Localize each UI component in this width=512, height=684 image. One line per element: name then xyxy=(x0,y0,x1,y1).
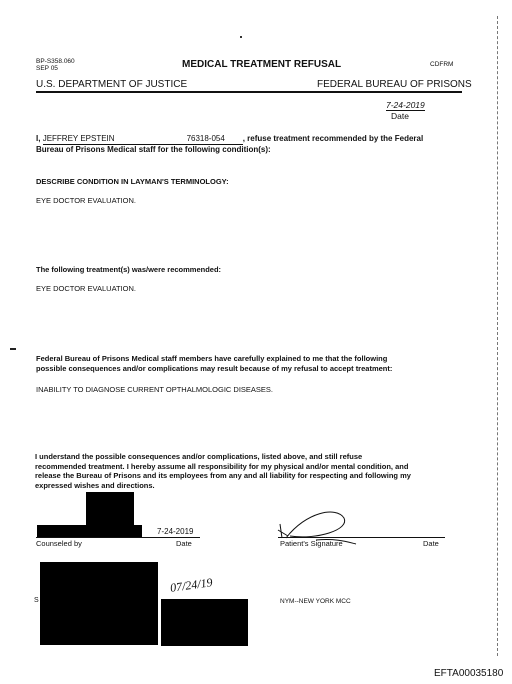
inmate-name-field: JEFFREY EPSTEIN76318-054 xyxy=(43,134,243,145)
inmate-name: JEFFREY EPSTEIN xyxy=(43,134,115,143)
ack-line4: expressed wishes and directions. xyxy=(35,481,411,491)
patient-date-label: Date xyxy=(423,539,439,548)
scan-speck xyxy=(240,36,242,38)
scan-edge xyxy=(497,16,499,656)
treatment-heading: The following treatment(s) was/were reco… xyxy=(36,265,221,274)
ack-line1: I understand the possible consequences a… xyxy=(35,452,411,462)
register-number: 76318-054 xyxy=(187,134,225,144)
patient-signature-label: Patient's Signature xyxy=(280,539,343,548)
form-number: BP-S358.060 xyxy=(36,58,75,65)
handwritten-date: 07/24/19 xyxy=(169,575,213,596)
agency-right: FEDERAL BUREAU OF PRISONS xyxy=(317,79,472,90)
redaction-block xyxy=(37,525,142,537)
treatment-value: EYE DOCTOR EVALUATION. xyxy=(36,284,136,293)
intro-prefix: I, xyxy=(36,134,40,143)
consequences-line1: Federal Bureau of Prisons Medical staff … xyxy=(36,354,392,364)
counsel-date: 7-24-2019 xyxy=(157,527,193,536)
condition-value: EYE DOCTOR EVALUATION. xyxy=(36,196,136,205)
condition-heading: DESCRIBE CONDITION IN LAYMAN'S TERMINOLO… xyxy=(36,177,229,186)
form-tag: CDFRM xyxy=(430,61,453,68)
consequences-value: INABILITY TO DIAGNOSE CURRENT OPTHALMOLO… xyxy=(36,385,273,394)
intro-statement: I, JEFFREY EPSTEIN76318-054, refuse trea… xyxy=(36,134,423,155)
counsel-signature-line xyxy=(36,537,200,538)
form-title: MEDICAL TREATMENT REFUSAL xyxy=(182,59,341,70)
bates-number: EFTA00035180 xyxy=(434,668,503,679)
intro-line1-suffix: , refuse treatment recommended by the Fe… xyxy=(243,134,424,143)
witness-label-partial: S xyxy=(34,597,39,604)
counsel-date-label: Date xyxy=(176,539,192,548)
acknowledgement-statement: I understand the possible consequences a… xyxy=(35,452,411,490)
consequences-statement: Federal Bureau of Prisons Medical staff … xyxy=(36,354,392,374)
form-revision-date: SEP 05 xyxy=(36,65,75,72)
patient-signature-line xyxy=(278,537,445,538)
ack-line3: release the Bureau of Prisons and its em… xyxy=(35,471,411,481)
form-date-label: Date xyxy=(391,111,409,121)
redaction-block xyxy=(161,599,248,646)
scan-mark xyxy=(10,348,16,350)
ack-line2: recommended treatment. I hereby assume a… xyxy=(35,462,411,472)
header-rule xyxy=(36,91,462,93)
counseled-by-label: Counseled by xyxy=(36,539,82,548)
consequences-line2: possible consequences and/or complicatio… xyxy=(36,364,392,374)
form-code: BP-S358.060 SEP 05 xyxy=(36,58,75,72)
intro-line2: Bureau of Prisons Medical staff for the … xyxy=(36,145,423,155)
agency-left: U.S. DEPARTMENT OF JUSTICE xyxy=(36,79,187,90)
redaction-block xyxy=(40,562,158,645)
institution: NYM--NEW YORK MCC xyxy=(280,598,351,605)
form-date-value: 7-24-2019 xyxy=(386,100,425,111)
